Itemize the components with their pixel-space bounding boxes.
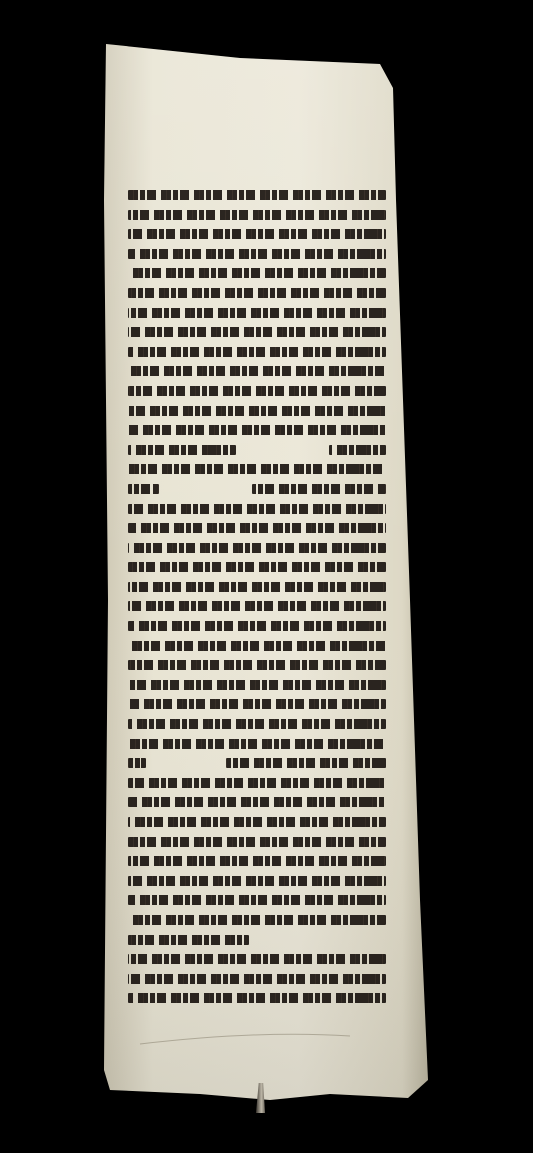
text-segment: [128, 288, 386, 298]
text-line: [128, 793, 386, 813]
text-segment: [128, 993, 386, 1003]
text-line: [128, 402, 386, 422]
text-segment: [128, 758, 146, 768]
text-line: [128, 284, 386, 304]
text-line: [128, 989, 386, 1009]
text-segment: [128, 562, 386, 572]
text-line: [128, 617, 386, 637]
text-line: [128, 421, 386, 441]
text-segment: [128, 974, 386, 984]
text-line: [128, 931, 386, 951]
text-segment: [128, 719, 386, 729]
text-line: [128, 852, 386, 872]
text-segment: [128, 915, 386, 925]
text-segment: [128, 484, 159, 494]
text-line: [128, 264, 386, 284]
text-segment: [128, 464, 386, 474]
text-line: [128, 519, 386, 539]
text-line: [128, 891, 386, 911]
text-line: [128, 500, 386, 520]
text-line: [128, 304, 386, 324]
text-block: [128, 186, 386, 1009]
text-line: [128, 382, 386, 402]
text-segment: [128, 837, 386, 847]
text-line: [128, 715, 386, 735]
text-segment: [329, 445, 386, 455]
text-line: [128, 362, 386, 382]
text-line: [128, 578, 386, 598]
text-segment: [128, 268, 386, 278]
text-segment: [128, 406, 386, 416]
text-segment: [128, 543, 386, 553]
text-line: [128, 833, 386, 853]
scroll-photo: Hebrew manuscript scroll on parchment, p…: [0, 0, 533, 1153]
text-segment: [128, 641, 386, 651]
text-line: [128, 460, 386, 480]
text-line: [128, 676, 386, 696]
text-segment: [226, 758, 386, 768]
text-segment: [128, 366, 386, 376]
text-line: [128, 656, 386, 676]
text-line: [128, 637, 386, 657]
text-line: [128, 774, 386, 794]
text-line: [128, 539, 386, 559]
text-segment: [128, 582, 386, 592]
text-segment: [128, 229, 386, 239]
text-segment: [128, 523, 386, 533]
text-segment: [128, 210, 386, 220]
text-segment: [128, 347, 386, 357]
text-segment: [128, 778, 386, 788]
text-segment: [128, 386, 386, 396]
text-line: [128, 323, 386, 343]
text-line: [128, 911, 386, 931]
text-segment: [128, 876, 386, 886]
text-segment: [128, 190, 386, 200]
text-segment: [128, 895, 386, 905]
text-segment: [128, 954, 386, 964]
text-segment: [128, 601, 386, 611]
text-segment: [128, 621, 386, 631]
text-line: [128, 186, 386, 206]
text-line: [128, 813, 386, 833]
text-line: [128, 735, 386, 755]
text-segment: [128, 739, 386, 749]
text-segment: [128, 504, 386, 514]
text-segment: [128, 249, 386, 259]
text-line: [128, 754, 386, 774]
text-segment: [252, 484, 386, 494]
text-line: [128, 558, 386, 578]
text-segment: [128, 699, 386, 709]
text-line: [128, 245, 386, 265]
text-segment: [128, 327, 386, 337]
text-line: [128, 970, 386, 990]
text-segment: [128, 856, 386, 866]
text-line: [128, 206, 386, 226]
text-line: [128, 695, 386, 715]
text-segment: [128, 797, 386, 807]
text-line: [128, 480, 386, 500]
text-segment: [128, 445, 236, 455]
text-segment: [128, 935, 249, 945]
text-line: [128, 441, 386, 461]
text-line: [128, 225, 386, 245]
text-segment: [128, 308, 386, 318]
text-line: [128, 343, 386, 363]
text-line: [128, 597, 386, 617]
text-segment: [128, 817, 386, 827]
text-segment: [128, 680, 386, 690]
text-segment: [128, 660, 386, 670]
text-line: [128, 950, 386, 970]
text-segment: [128, 425, 386, 435]
text-line: [128, 872, 386, 892]
